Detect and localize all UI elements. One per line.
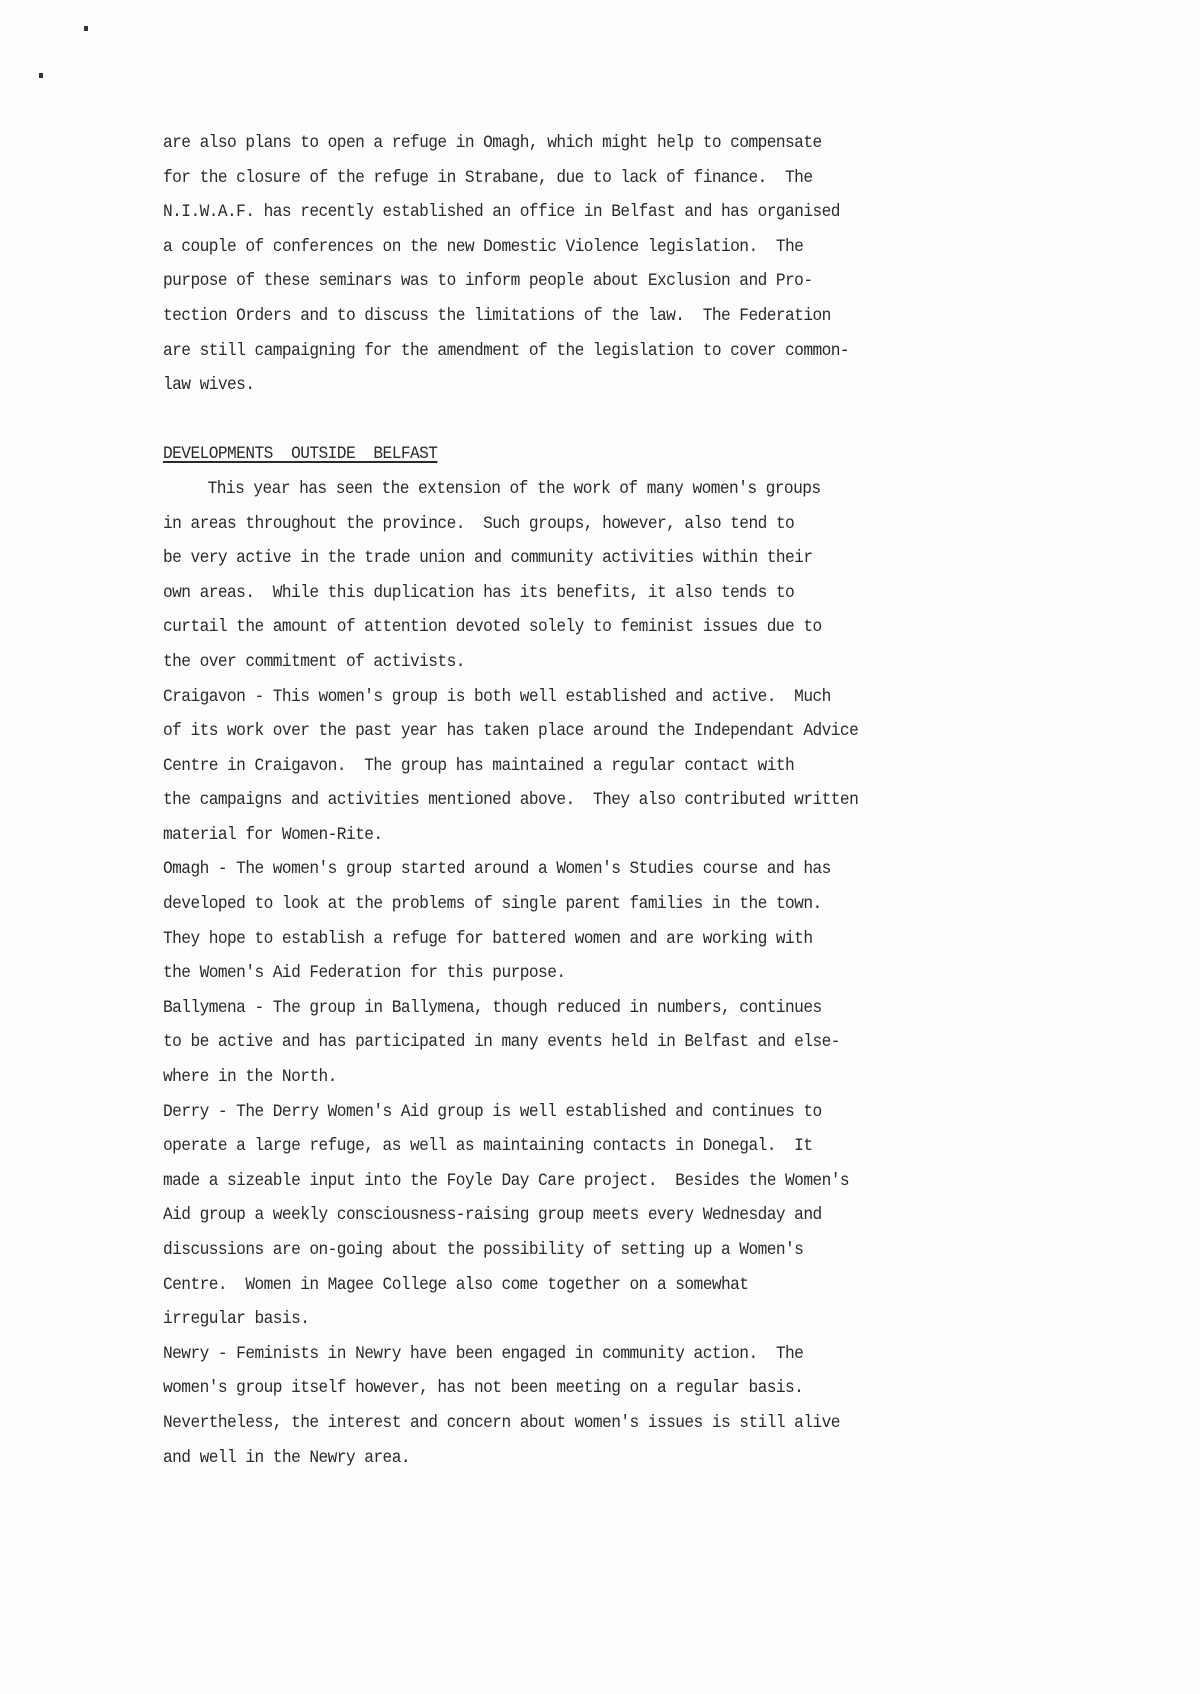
text-line: discussions are on-going about the possi… xyxy=(163,1234,1056,1269)
text-line: purpose of these seminars was to inform … xyxy=(163,265,1056,300)
text-line: Craigavon - This women's group is both w… xyxy=(163,681,1056,716)
text-line: Ballymena - The group in Ballymena, thou… xyxy=(163,992,1056,1027)
text-line: material for Women-Rite. xyxy=(163,819,1056,854)
text-line: the over commitment of activists. xyxy=(163,646,1056,681)
text-line: They hope to establish a refuge for batt… xyxy=(163,923,1056,958)
text-line: of its work over the past year has taken… xyxy=(163,715,1056,750)
text-line: This year has seen the extension of the … xyxy=(163,473,1056,508)
text-line: for the closure of the refuge in Straban… xyxy=(163,162,1056,197)
text-line: Aid group a weekly consciousness-raising… xyxy=(163,1199,1056,1234)
text-line: law wives. xyxy=(163,369,1056,404)
text-line: are also plans to open a refuge in Omagh… xyxy=(163,127,1056,162)
text-line: in areas throughout the province. Such g… xyxy=(163,508,1056,543)
text-line: Omagh - The women's group started around… xyxy=(163,853,1056,888)
text-line: a couple of conferences on the new Domes… xyxy=(163,231,1056,266)
section-intro-paragraph: This year has seen the extension of the … xyxy=(163,473,1123,681)
text-line: the campaigns and activities mentioned a… xyxy=(163,784,1056,819)
text-line: irregular basis. xyxy=(163,1303,1056,1338)
area-omagh: Omagh - The women's group started around… xyxy=(163,853,1123,991)
intro-paragraph: are also plans to open a refuge in Omagh… xyxy=(163,127,1123,404)
text-line: curtail the amount of attention devoted … xyxy=(163,611,1056,646)
area-derry: Derry - The Derry Women's Aid group is w… xyxy=(163,1096,1123,1338)
text-line: where in the North. xyxy=(163,1061,1056,1096)
document-page: are also plans to open a refuge in Omagh… xyxy=(0,0,1200,1694)
area-newry: Newry - Feminists in Newry have been eng… xyxy=(163,1338,1123,1476)
text-line: Derry - The Derry Women's Aid group is w… xyxy=(163,1096,1056,1131)
text-line: Centre. Women in Magee College also come… xyxy=(163,1269,1056,1304)
text-line: operate a large refuge, as well as maint… xyxy=(163,1130,1056,1165)
text-line: Newry - Feminists in Newry have been eng… xyxy=(163,1338,1056,1373)
text-line: developed to look at the problems of sin… xyxy=(163,888,1056,923)
text-line: to be active and has participated in man… xyxy=(163,1026,1056,1061)
text-line: N.I.W.A.F. has recently established an o… xyxy=(163,196,1056,231)
text-line: women's group itself however, has not be… xyxy=(163,1372,1056,1407)
area-ballymena: Ballymena - The group in Ballymena, thou… xyxy=(163,992,1123,1096)
section-heading: DEVELOPMENTS OUTSIDE BELFAST xyxy=(163,438,437,473)
blank-line xyxy=(163,404,1056,439)
section-developments-outside-belfast: DEVELOPMENTS OUTSIDE BELFAST This year h… xyxy=(163,438,1123,1476)
document-body: are also plans to open a refuge in Omagh… xyxy=(163,127,1123,1476)
scan-speck xyxy=(39,73,43,78)
text-line: made a sizeable input into the Foyle Day… xyxy=(163,1165,1056,1200)
text-line: Centre in Craigavon. The group has maint… xyxy=(163,750,1056,785)
text-line: own areas. While this duplication has it… xyxy=(163,577,1056,612)
text-line: be very active in the trade union and co… xyxy=(163,542,1056,577)
text-line: Nevertheless, the interest and concern a… xyxy=(163,1407,1056,1442)
scan-speck xyxy=(84,26,88,31)
text-line: the Women's Aid Federation for this purp… xyxy=(163,957,1056,992)
text-line: tection Orders and to discuss the limita… xyxy=(163,300,1056,335)
text-line: are still campaigning for the amendment … xyxy=(163,335,1056,370)
area-craigavon: Craigavon - This women's group is both w… xyxy=(163,681,1123,854)
text-line: and well in the Newry area. xyxy=(163,1442,1056,1477)
